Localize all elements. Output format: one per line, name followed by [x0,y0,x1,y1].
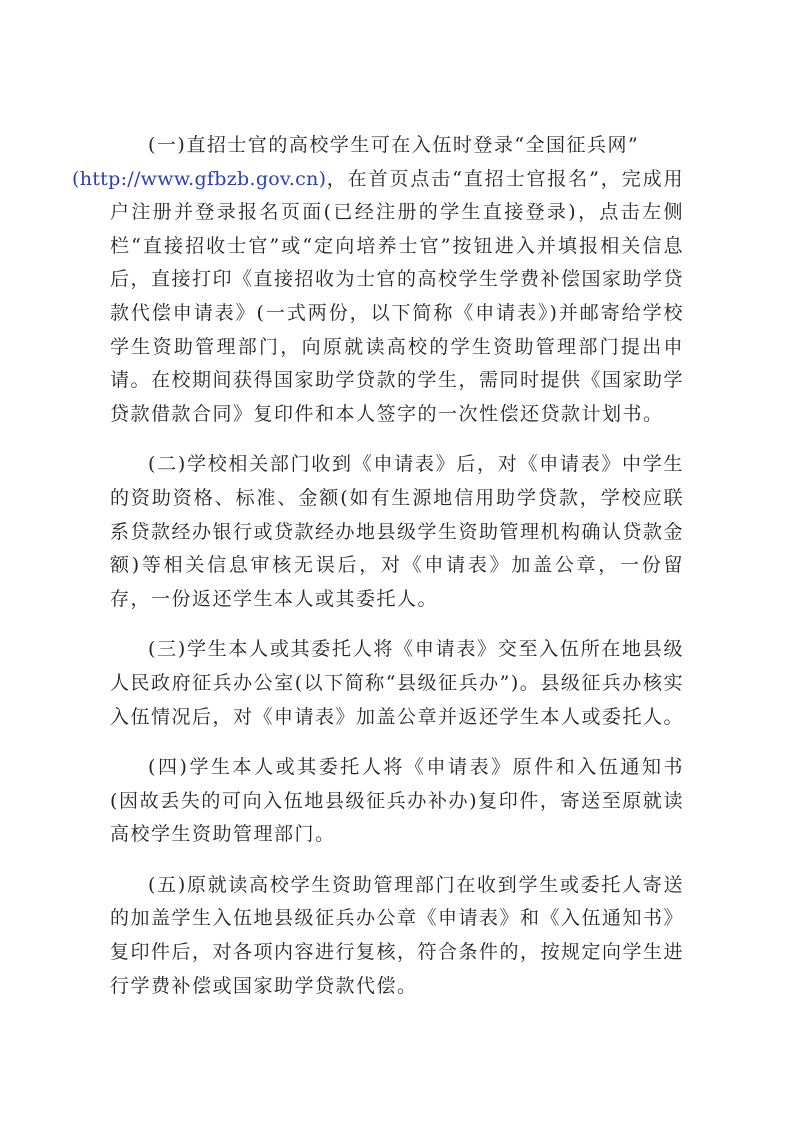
paragraph-2: (二)学校相关部门收到《申请表》后，对《申请表》中学生的资助资格、标准、金额(如… [110,448,684,616]
paragraph-4: (四)学生本人或其委托人将《申请表》原件和入伍通知书(因故丢失的可向入伍地县级征… [110,751,684,852]
paragraph-3: (三)学生本人或其委托人将《申请表》交至入伍所在地县级人民政府征兵办公室(以下简… [110,633,684,734]
paragraph-1: (一)直招士官的高校学生可在入伍时登录“全国征兵网”(http://www.gf… [110,129,684,431]
paragraph-1-lead: (一)直招士官的高校学生可在入伍时登录“全国征兵网” [148,134,639,156]
website-link[interactable]: (http://www.gfbzb.gov.cn) [72,168,326,190]
paragraph-1-body: ，在首页点击“直招士官报名”，完成用户注册并登录报名页面(已经注册的学生直接登录… [110,168,684,425]
document-page: (一)直招士官的高校学生可在入伍时登录“全国征兵网”(http://www.gf… [110,129,684,1003]
paragraph-5: (五)原就读高校学生资助管理部门在收到学生或委托人寄送的加盖学生入伍地县级征兵办… [110,869,684,1003]
